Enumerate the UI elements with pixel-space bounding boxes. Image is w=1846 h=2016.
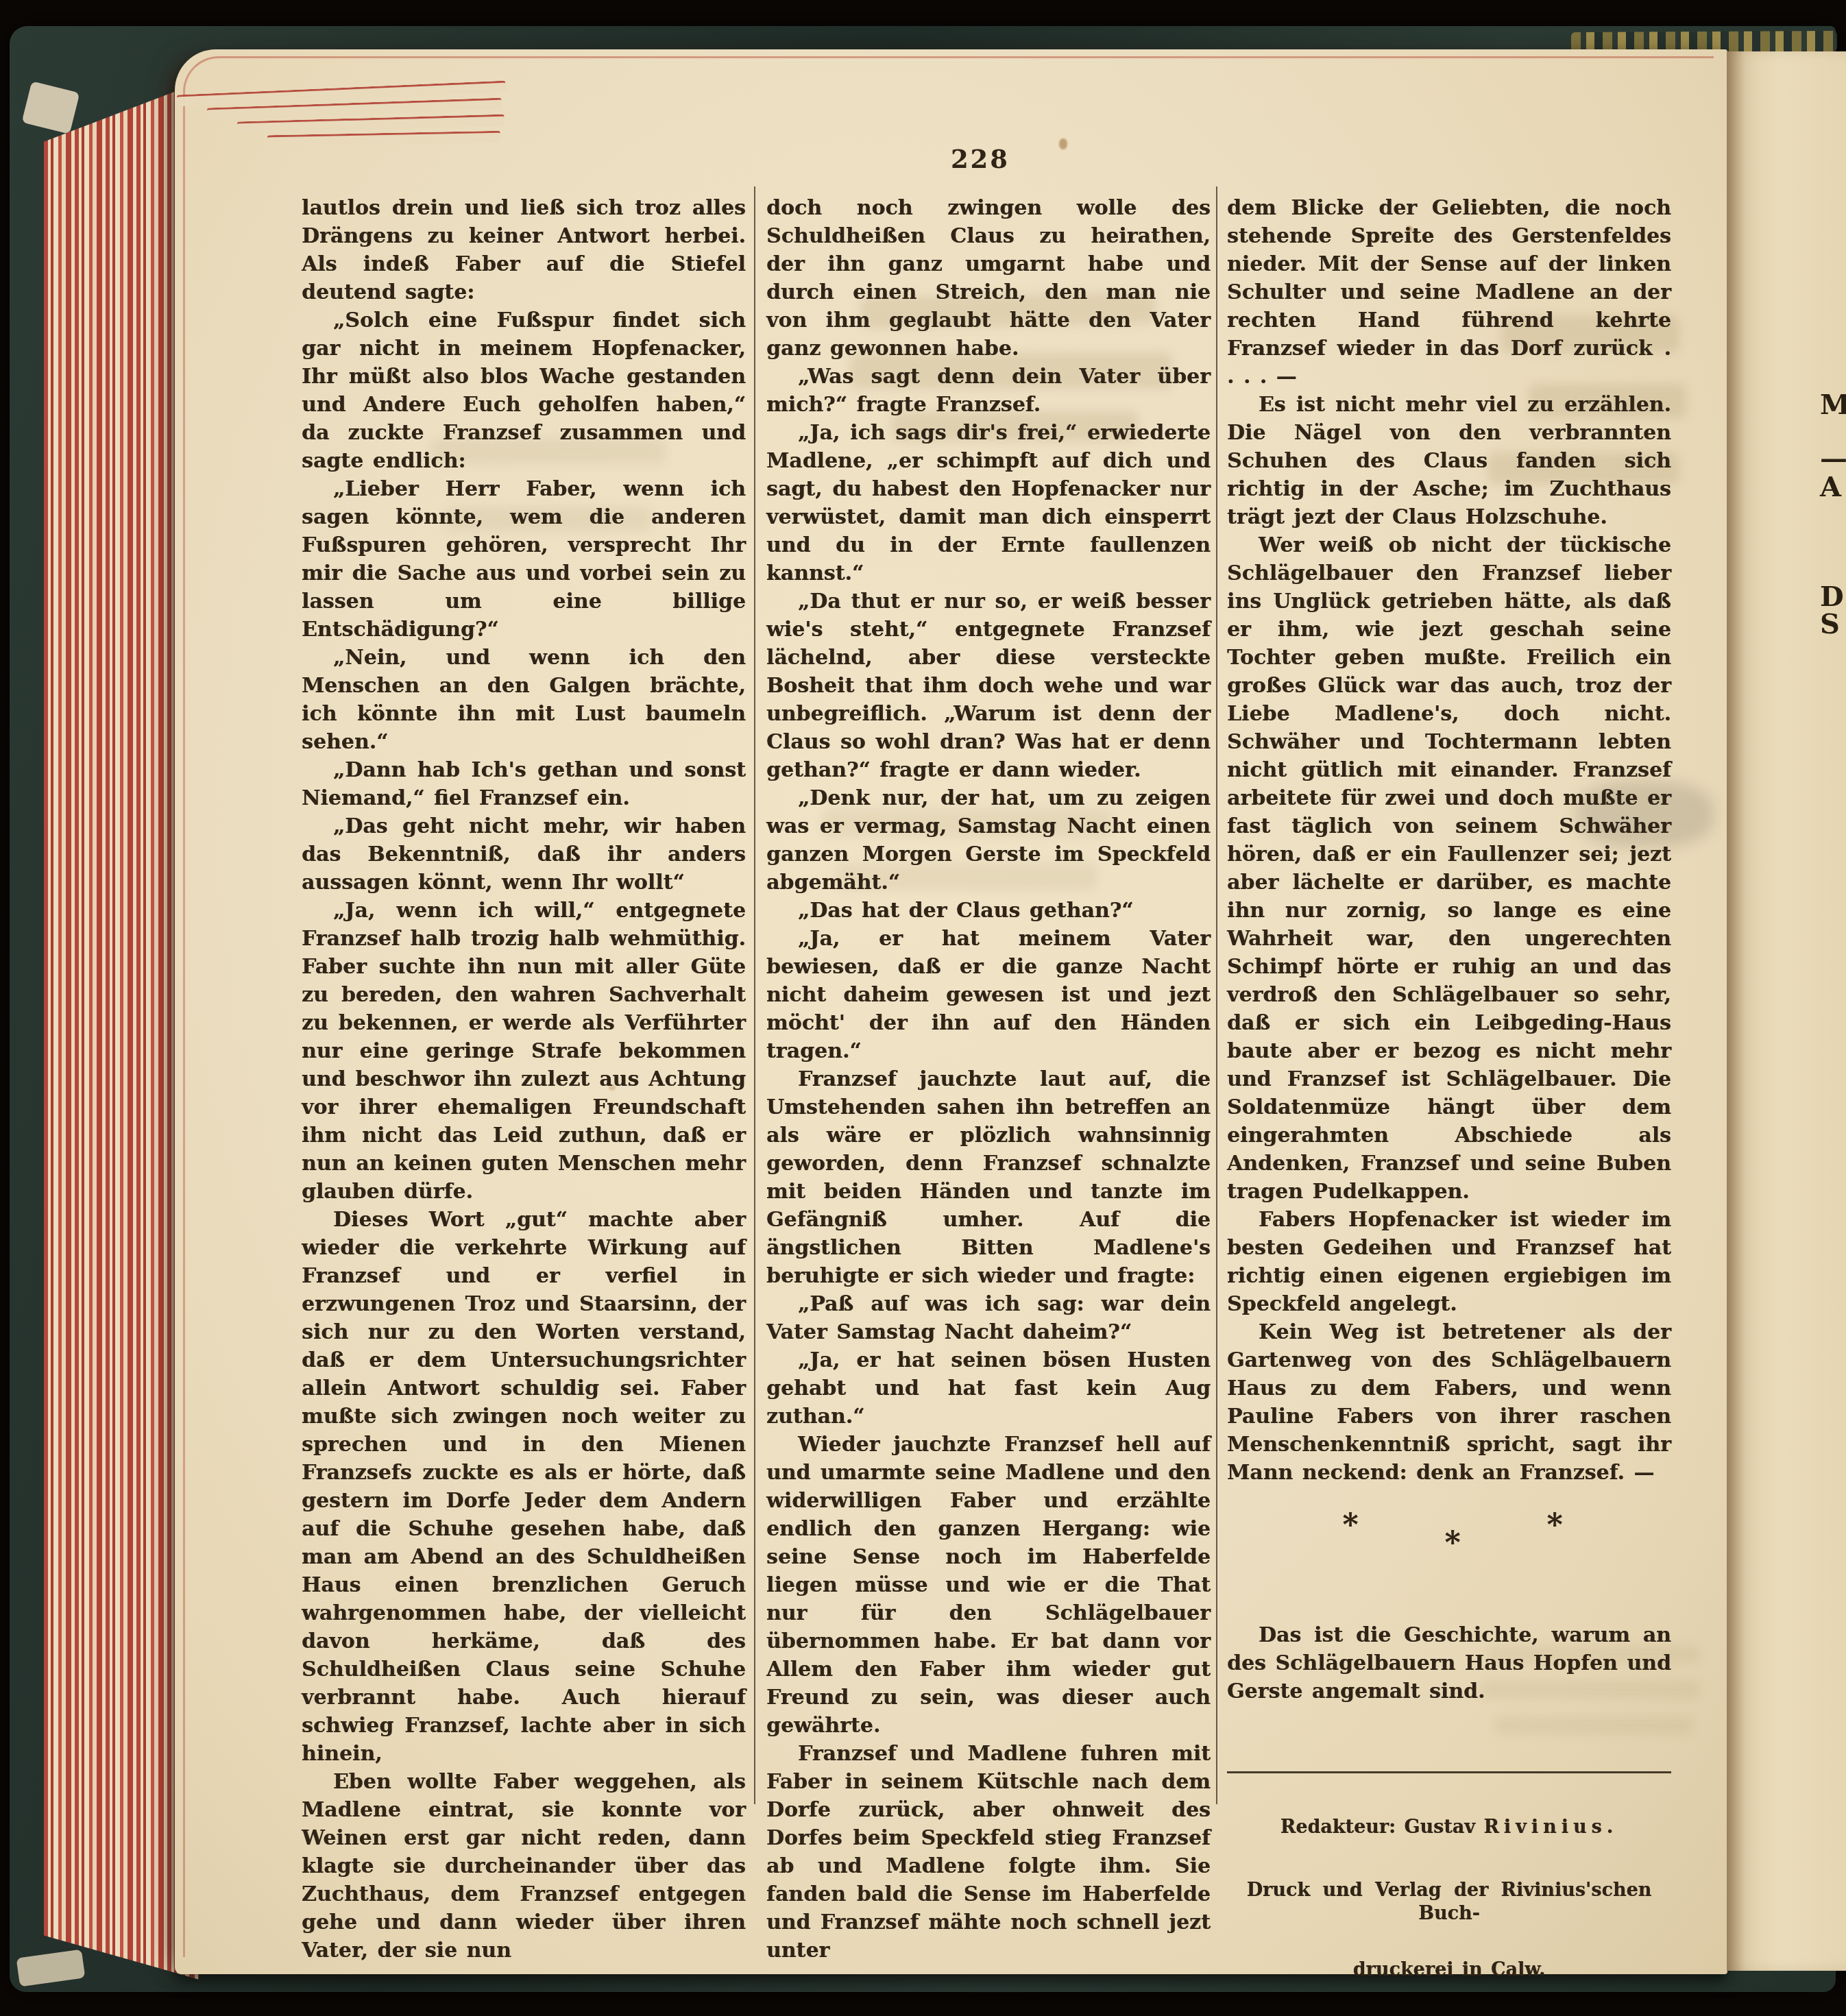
next-page-curl: M—ADS	[1727, 51, 1846, 1971]
paragraph: Das ist die Geschichte, warum an des Sch…	[1227, 1621, 1671, 1705]
paragraph: Franzsef und Madlene fuhren mit Faber in…	[766, 1740, 1211, 1965]
paragraph: Fabers Hopfenacker ist wieder im besten …	[1227, 1206, 1671, 1318]
paragraph: „Da thut er nur so, er weiß besser wie's…	[766, 587, 1211, 784]
text-column-3: dem Blicke der Geliebten, die noch stehe…	[1227, 194, 1671, 1982]
editor-label: Redakteur: Gustav	[1280, 1817, 1475, 1838]
paragraph: „Was sagt denn dein Vater über mich?“ fr…	[766, 363, 1211, 419]
fox-stain	[1059, 138, 1067, 149]
asterisk-glyph: *	[1547, 1511, 1563, 1540]
paragraph: „Ja, er hat meinem Vater bewiesen, daß e…	[766, 925, 1211, 1065]
paragraph: „Denk nur, der hat, um zu zeigen was er …	[766, 784, 1211, 897]
editor-name: Rivinius.	[1483, 1817, 1618, 1838]
paragraph: „Ja, ich sags dir's frei,“ erwiederte Ma…	[766, 419, 1211, 587]
paragraph: Dieses Wort „gut“ machte aber wieder die…	[302, 1206, 746, 1768]
paragraph: Es ist nicht mehr viel zu erzählen. Die …	[1227, 391, 1671, 531]
publisher-line-1: Druck und Verlag der Rivinius'schen Buch…	[1227, 1879, 1671, 1926]
asterisk-glyph: *	[1445, 1529, 1461, 1557]
next-page-text-fragment: A	[1820, 471, 1841, 503]
paragraph: doch noch zwingen wolle des Schuldheißen…	[766, 194, 1211, 363]
paragraph: dem Blicke der Geliebten, die noch stehe…	[1227, 194, 1671, 391]
paragraph: „Ja, er hat seinen bösen Husten gehabt u…	[766, 1346, 1211, 1431]
text-column-2: doch noch zwingen wolle des Schuldheißen…	[766, 194, 1211, 1965]
paragraph: Wer weiß ob nicht der tückische Schlägel…	[1227, 531, 1671, 1206]
paragraph: „Das geht nicht mehr, wir haben das Beke…	[302, 812, 746, 897]
column-rule-2	[1216, 186, 1217, 1804]
paragraph: lautlos drein und ließ sich troz alles D…	[302, 194, 746, 306]
page-number: 228	[912, 144, 1049, 174]
paragraph: „Das hat der Claus gethan?“	[766, 897, 1211, 925]
paragraph: „Nein, und wenn ich den Menschen an den …	[302, 644, 746, 756]
paragraph: Kein Weg ist betretener als der Gartenwe…	[1227, 1318, 1671, 1487]
paragraph: „Lieber Herr Faber, wenn ich sagen könnt…	[302, 475, 746, 644]
paragraph: „Paß auf was ich sag: war dein Vater Sam…	[766, 1290, 1211, 1346]
asterisk-glyph: *	[1342, 1511, 1358, 1540]
editor-credit: Redakteur: Gustav Rivinius.	[1227, 1816, 1671, 1839]
next-page-text-fragment: S	[1820, 608, 1840, 640]
next-page-text-fragment: —	[1820, 442, 1846, 474]
book-photo: M—ADS 228 lautlos drein und ließ sich tr…	[0, 0, 1846, 2016]
paragraph: Wieder jauchzte Franzsef hell auf und um…	[766, 1431, 1211, 1740]
paragraph: „Ja, wenn ich will,“ entgegnete Franzsef…	[302, 897, 746, 1206]
paragraph: Eben wollte Faber weggehen, als Madlene …	[302, 1768, 746, 1965]
paragraph: „Dann hab Ich's gethan und sonst Niemand…	[302, 756, 746, 812]
asterism-separator: ***	[1227, 1511, 1671, 1577]
imprint-rule	[1227, 1771, 1671, 1773]
paragraph: Franzsef jauchzte laut auf, die Umstehen…	[766, 1065, 1211, 1290]
text-column-1: lautlos drein und ließ sich troz alles D…	[302, 194, 746, 1965]
next-page-text-fragment: M	[1820, 389, 1846, 421]
publisher-line-2: druckerei in Calw.	[1227, 1958, 1671, 1982]
paragraph: „Solch eine Fußspur findet sich gar nich…	[302, 306, 746, 475]
column-rule-1	[754, 186, 755, 1804]
